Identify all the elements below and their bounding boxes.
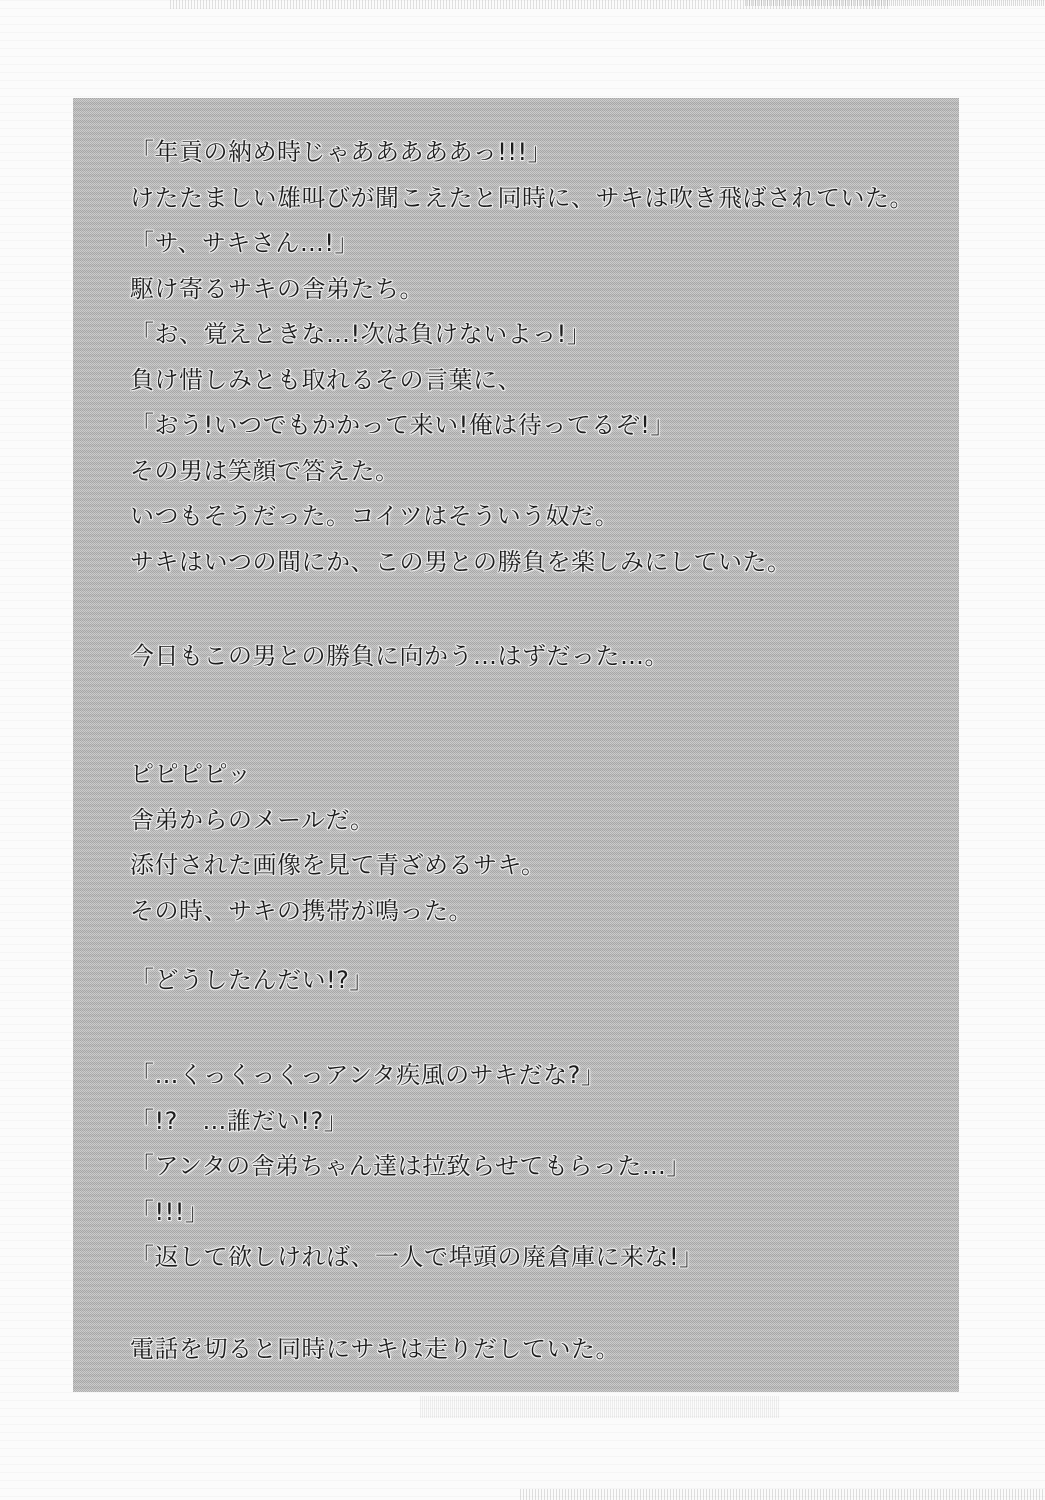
scanned-page: { "colors": { "paper": "#fbfbfb", "halft…	[0, 0, 1045, 1500]
paragraph-run: 電話を切ると同時にサキは走りだしていた。	[130, 1327, 935, 1373]
text-line: 「アンタの舎弟ちゃん達は拉致らせてもらった…」	[130, 1144, 935, 1190]
text-line: その男は笑顔で答えた。	[130, 449, 935, 495]
text-line: 「…くっくっくっアンタ疾風のサキだな?」	[130, 1053, 935, 1099]
text-line: 「サ、サキさん…!」	[130, 221, 935, 267]
paragraph-phone-answer: 「どうしたんだい!?」	[130, 958, 935, 1004]
text-line: ピピピピッ	[130, 752, 935, 798]
text-line: 「返して欲しければ、一人で埠頭の廃倉庫に来な!」	[130, 1235, 935, 1281]
paragraph-fight-scene: 「年貢の納め時じゃあああああっ!!!」 けたたましい雄叫びが聞こえたと同時に、サ…	[130, 130, 935, 585]
text-line: 「おう!いつでもかかって来い!俺は待ってるぞ!」	[130, 403, 935, 449]
text-line: 「!!!」	[130, 1190, 935, 1236]
text-line: 今日もこの男との勝負に向かう…はずだった…。	[130, 634, 935, 680]
text-line: 「お、覚えときな…!次は負けないよっ!」	[130, 312, 935, 358]
scan-noise-top	[170, 0, 890, 9]
halftone-text-panel: 「年貢の納め時じゃあああああっ!!!」 けたたましい雄叫びが聞こえたと同時に、サ…	[73, 98, 959, 1392]
scan-noise-bottom	[520, 1489, 1045, 1500]
text-line: 「!? …誰だい!?」	[130, 1099, 935, 1145]
text-line: いつもそうだった。コイツはそういう奴だ。	[130, 494, 935, 540]
text-line: 舎弟からのメールだ。	[130, 798, 935, 844]
text-line: けたたましい雄叫びが聞こえたと同時に、サキは吹き飛ばされていた。	[130, 176, 935, 222]
text-line: その時、サキの携帯が鳴った。	[130, 889, 935, 935]
text-line: 添付された画像を見て青ざめるサキ。	[130, 843, 935, 889]
text-line: 駆け寄るサキの舎弟たち。	[130, 267, 935, 313]
text-line: 「どうしたんだい!?」	[130, 958, 935, 1004]
scan-noise-top-right	[745, 0, 1045, 6]
paragraph-mail: ピピピピッ 舎弟からのメールだ。 添付された画像を見て青ざめるサキ。 その時、サ…	[130, 752, 935, 934]
text-line: サキはいつの間にか、この男との勝負を楽しみにしていた。	[130, 540, 935, 586]
paragraph-today: 今日もこの男との勝負に向かう…はずだった…。	[130, 634, 935, 680]
text-line: 「年貢の納め時じゃあああああっ!!!」	[130, 130, 935, 176]
text-line: 電話を切ると同時にサキは走りだしていた。	[130, 1327, 935, 1373]
scan-noise-below-panel	[420, 1396, 780, 1418]
paragraph-kidnapper-call: 「…くっくっくっアンタ疾風のサキだな?」 「!? …誰だい!?」 「アンタの舎弟…	[130, 1053, 935, 1281]
text-line: 負け惜しみとも取れるその言葉に、	[130, 358, 935, 404]
